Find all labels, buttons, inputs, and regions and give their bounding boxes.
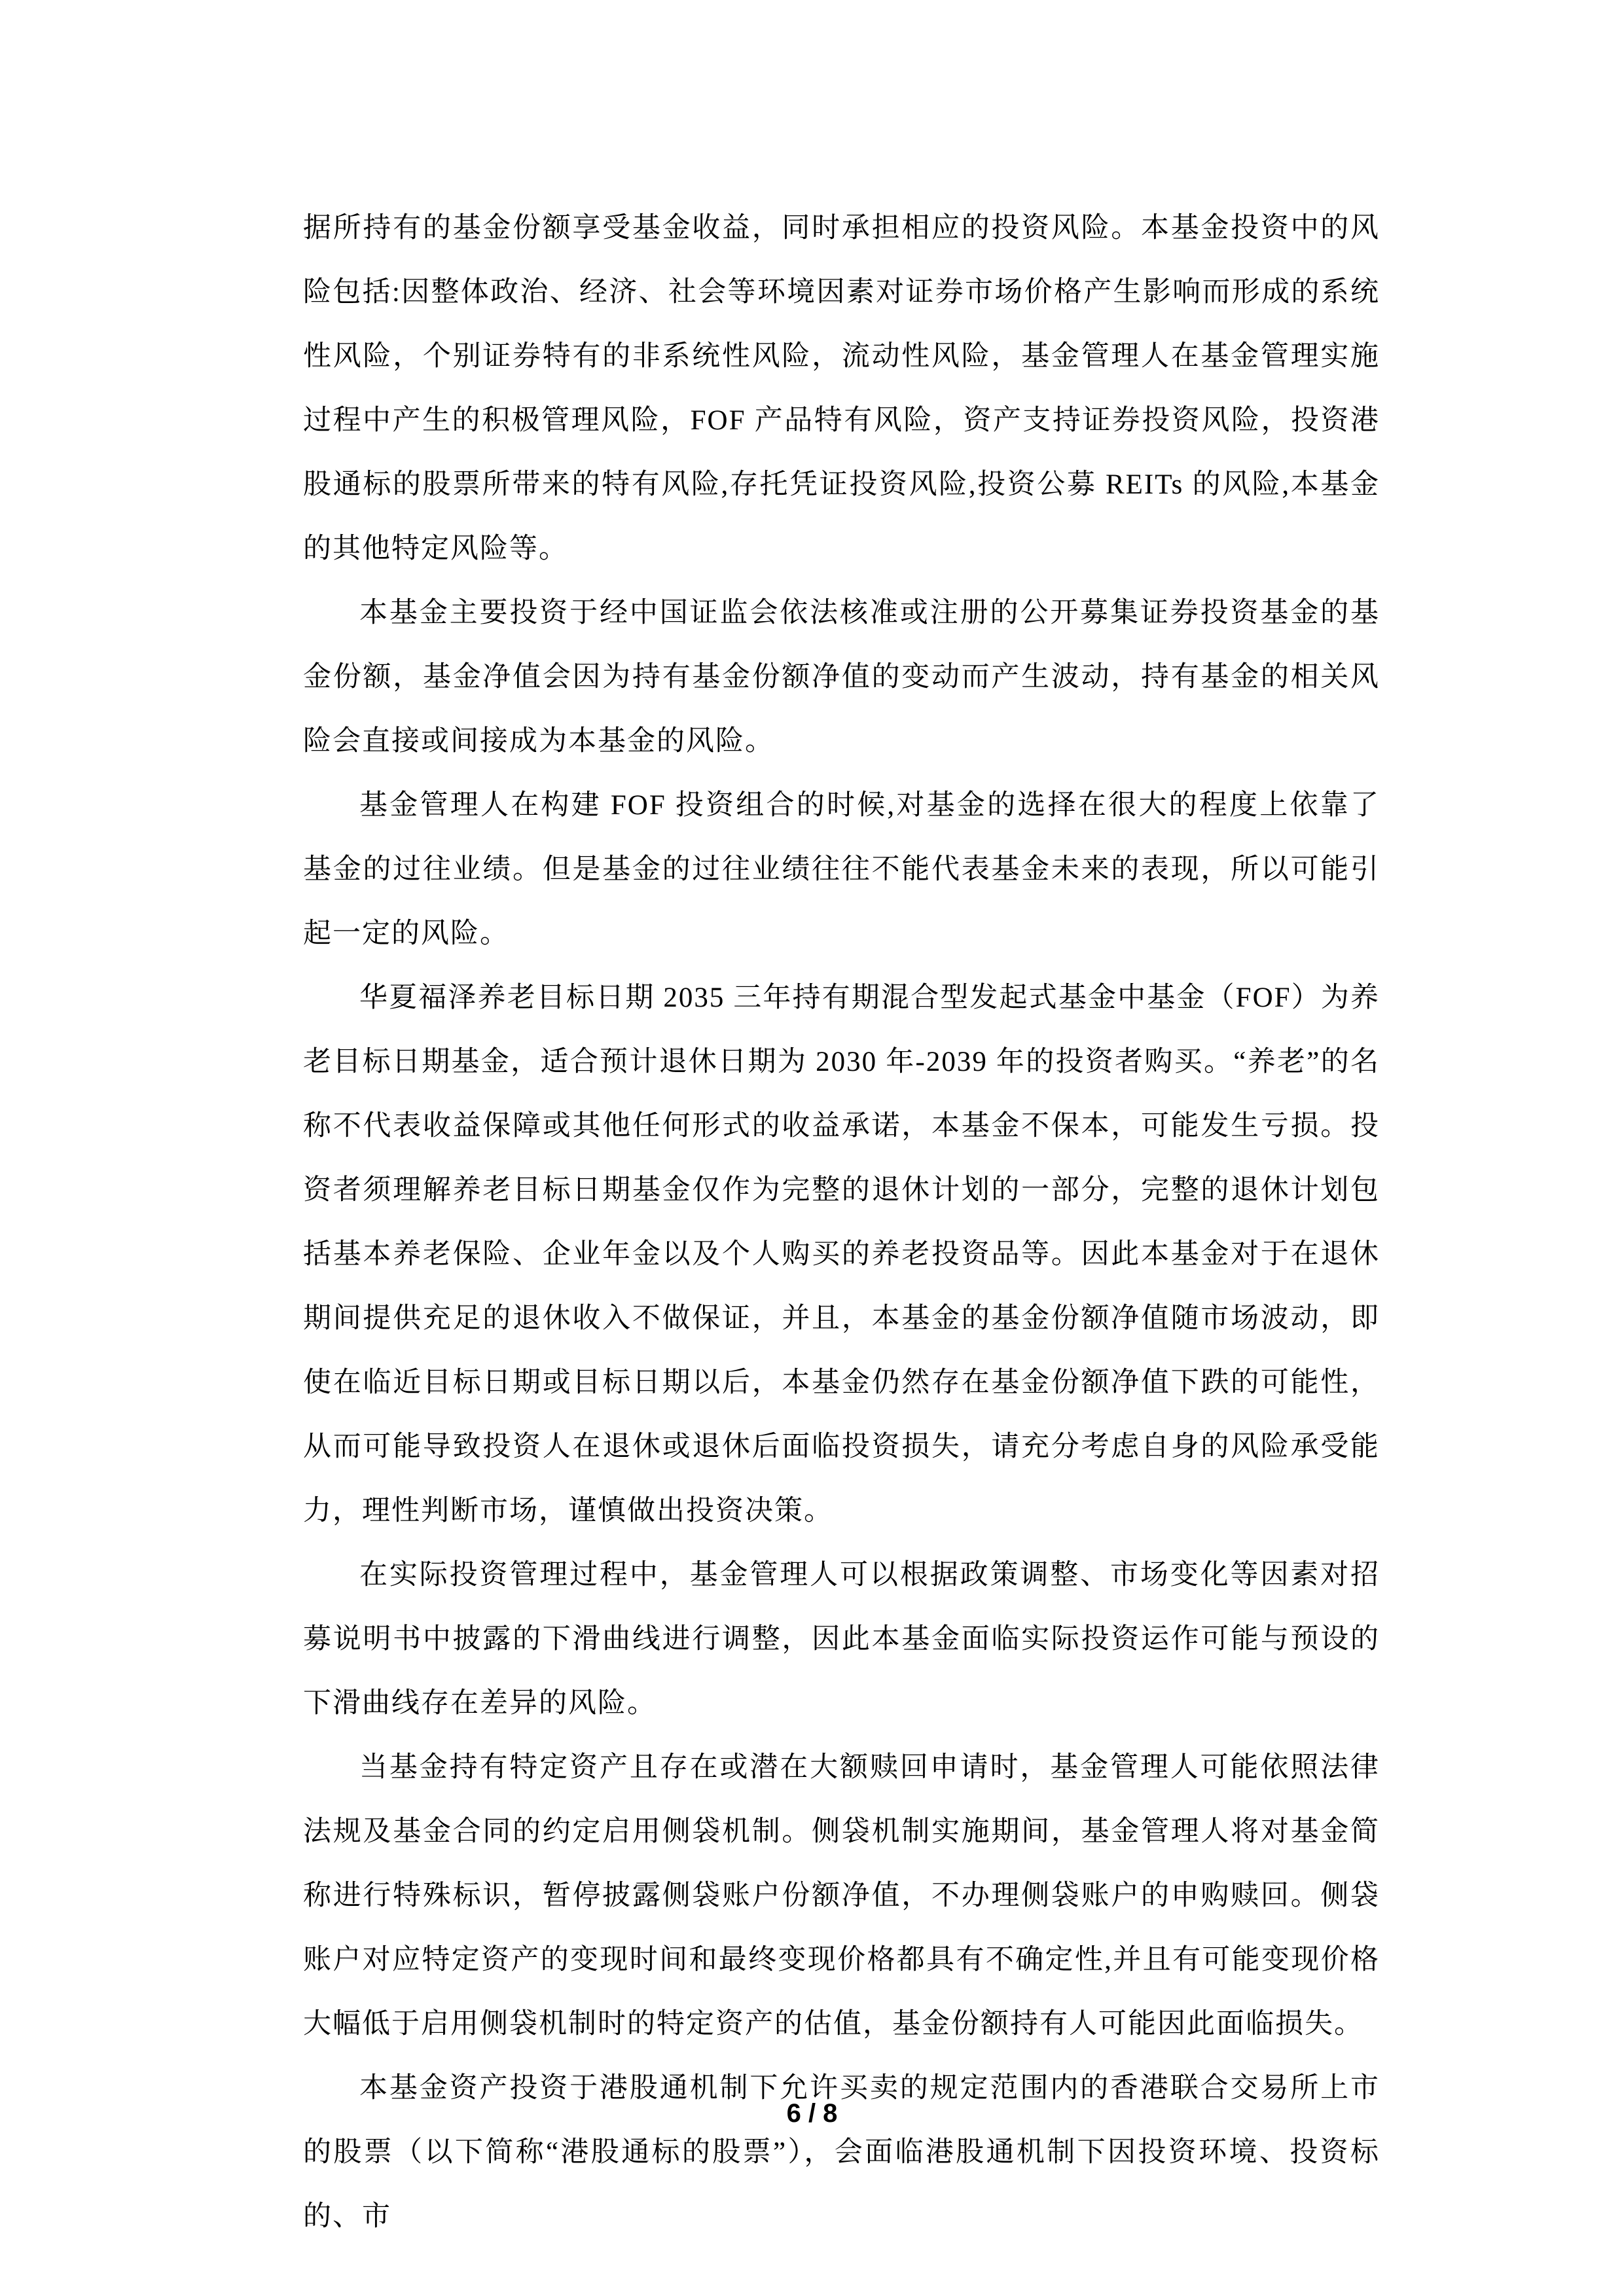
paragraph: 当基金持有特定资产且存在或潜在大额赎回申请时，基金管理人可能依照法律法规及基金合…: [303, 1736, 1380, 2056]
paragraph: 在实际投资管理过程中，基金管理人可以根据政策调整、市场变化等因素对招募说明书中披…: [303, 1543, 1380, 1736]
paragraph: 据所持有的基金份额享受基金收益，同时承担相应的投资风险。本基金投资中的风险包括:…: [303, 196, 1380, 581]
paragraph: 基金管理人在构建 FOF 投资组合的时候,对基金的选择在很大的程度上依靠了基金的…: [303, 774, 1380, 966]
paragraph: 本基金主要投资于经中国证监会依法核准或注册的公开募集证券投资基金的基金份额，基金…: [303, 581, 1380, 774]
document-body: 据所持有的基金份额享受基金收益，同时承担相应的投资风险。本基金投资中的风险包括:…: [303, 196, 1380, 2249]
paragraph: 华夏福泽养老目标日期 2035 三年持有期混合型发起式基金中基金（FOF）为养老…: [303, 966, 1380, 1543]
page-number: 6 / 8: [0, 2098, 1624, 2129]
paragraph: 本基金资产投资于港股通机制下允许买卖的规定范围内的香港联合交易所上市的股票（以下…: [303, 2056, 1380, 2249]
document-page: 据所持有的基金份额享受基金收益，同时承担相应的投资风险。本基金投资中的风险包括:…: [0, 0, 1624, 2296]
